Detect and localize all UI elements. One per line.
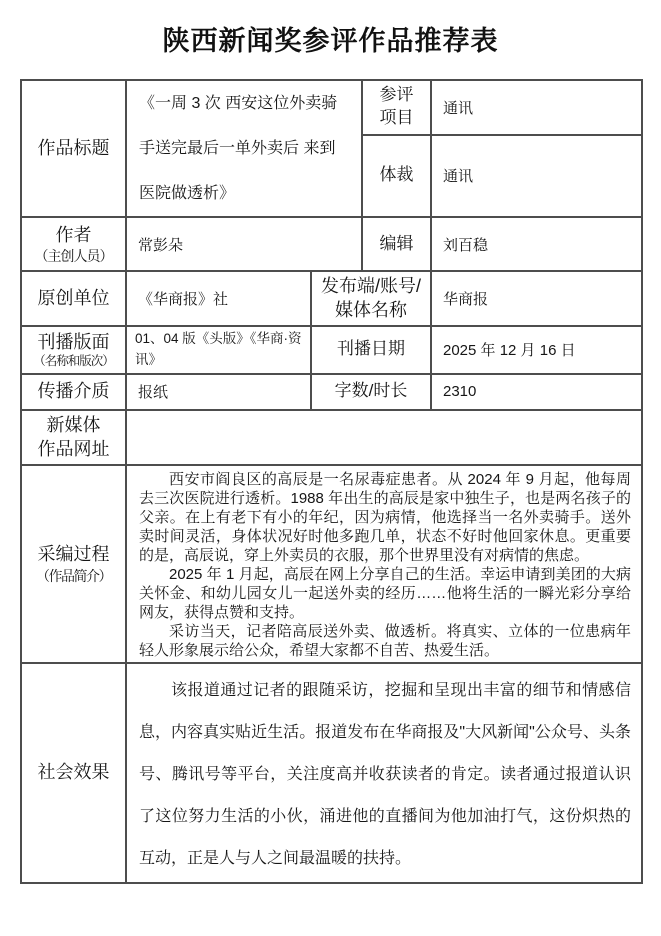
publish-channel-label-line2: 媒体名称 — [335, 300, 407, 320]
entry-item-label-line2: 项目 — [380, 108, 414, 127]
process-label-sub: （作品简介） — [22, 567, 125, 585]
work-title-value-cell: 《一周 3 次 西安这位外卖骑手送完最后一单外卖后 来到医院做透析》 — [126, 80, 362, 217]
publish-channel-label-cell: 发布端/账号/ 媒体名称 — [311, 271, 431, 326]
publish-date-label-cell: 刊播日期 — [311, 326, 431, 374]
social-effect-paragraph: 该报道通过记者的跟随采访，挖掘和呈现出丰富的细节和情感信息，内容真实贴近生活。报… — [139, 670, 631, 880]
publish-layout-label: 刊播版面 — [38, 332, 110, 352]
work-title-label-cell: 作品标题 — [21, 80, 126, 217]
editor-value-cell: 刘百稳 — [431, 217, 642, 271]
process-value-cell: 西安市阎良区的高辰是一名尿毒症患者。从 2024 年 9 月起，他每周去三次医院… — [126, 465, 642, 663]
work-title-value: 《一周 3 次 西安这位外卖骑手送完最后一单外卖后 来到医院做透析》 — [139, 95, 337, 202]
new-media-url-label-line1: 新媒体 — [47, 415, 101, 435]
publish-layout-label-cell: 刊播版面 （名称和版次） — [21, 326, 126, 374]
new-media-url-value-cell — [126, 410, 642, 465]
publish-layout-value: 01、04 版《头版》《华商·资讯》 — [135, 331, 302, 367]
editor-value: 刘百稳 — [443, 237, 488, 254]
original-unit-value-cell: 《华商报》社 — [126, 271, 311, 326]
social-effect-label: 社会效果 — [38, 762, 110, 782]
word-count-value-cell: 2310 — [431, 374, 642, 410]
new-media-url-label-line2: 作品网址 — [38, 439, 110, 459]
author-label-cell: 作者 （主创人员） — [21, 217, 126, 271]
editor-label: 编辑 — [380, 234, 414, 253]
word-count-label: 字数/时长 — [335, 381, 408, 400]
original-unit-value: 《华商报》社 — [138, 291, 228, 308]
author-value-cell: 常彭朵 — [126, 217, 362, 271]
publish-date-value: 2025 年 12 月 16 日 — [443, 342, 576, 359]
entry-item-label-cell: 参评 项目 — [362, 80, 431, 135]
original-unit-label: 原创单位 — [38, 288, 110, 308]
author-label-sub: （主创人员） — [22, 247, 125, 265]
entry-item-value-cell: 通讯 — [431, 80, 642, 135]
document-page: 陕西新闻奖参评作品推荐表 作品标题 《一周 3 次 西安这位外卖骑手送完最后一单… — [0, 0, 661, 936]
publish-layout-value-cell: 01、04 版《头版》《华商·资讯》 — [126, 326, 311, 374]
publish-date-label: 刊播日期 — [337, 339, 405, 358]
word-count-label-cell: 字数/时长 — [311, 374, 431, 410]
publish-layout-label-sub: （名称和版次） — [22, 354, 125, 370]
editor-label-cell: 编辑 — [362, 217, 431, 271]
original-unit-label-cell: 原创单位 — [21, 271, 126, 326]
recommendation-form-table: 作品标题 《一周 3 次 西安这位外卖骑手送完最后一单外卖后 来到医院做透析》 … — [20, 79, 643, 884]
publish-date-value-cell: 2025 年 12 月 16 日 — [431, 326, 642, 374]
genre-label-cell: 体裁 — [362, 135, 431, 217]
entry-item-label-line1: 参评 — [380, 85, 414, 104]
process-label-cell: 采编过程 （作品简介） — [21, 465, 126, 663]
social-effect-label-cell: 社会效果 — [21, 663, 126, 883]
process-paragraph: 西安市阎良区的高辰是一名尿毒症患者。从 2024 年 9 月起，他每周去三次医院… — [139, 470, 631, 565]
process-label: 采编过程 — [38, 544, 110, 564]
form-title: 陕西新闻奖参评作品推荐表 — [0, 0, 661, 58]
medium-label: 传播介质 — [38, 381, 110, 401]
process-paragraph: 2025 年 1 月起，高辰在网上分享自己的生活。幸运申请到美团的大病关怀金、和… — [139, 565, 631, 622]
medium-value: 报纸 — [138, 384, 168, 401]
work-title-label: 作品标题 — [38, 138, 110, 158]
medium-value-cell: 报纸 — [126, 374, 311, 410]
genre-value-cell: 通讯 — [431, 135, 642, 217]
author-label: 作者 — [56, 225, 92, 245]
author-value: 常彭朵 — [138, 237, 183, 254]
publish-channel-value-cell: 华商报 — [431, 271, 642, 326]
genre-value: 通讯 — [443, 168, 473, 185]
word-count-value: 2310 — [443, 383, 476, 400]
publish-channel-label-line1: 发布端/账号/ — [321, 276, 421, 296]
entry-item-value: 通讯 — [443, 100, 473, 117]
genre-label: 体裁 — [380, 165, 414, 184]
medium-label-cell: 传播介质 — [21, 374, 126, 410]
social-effect-value-cell: 该报道通过记者的跟随采访，挖掘和呈现出丰富的细节和情感信息，内容真实贴近生活。报… — [126, 663, 642, 883]
new-media-url-label-cell: 新媒体 作品网址 — [21, 410, 126, 465]
publish-channel-value: 华商报 — [443, 291, 488, 308]
process-paragraph: 采访当天，记者陪高辰送外卖、做透析。将真实、立体的一位患病年轻人形象展示给公众，… — [139, 622, 631, 660]
